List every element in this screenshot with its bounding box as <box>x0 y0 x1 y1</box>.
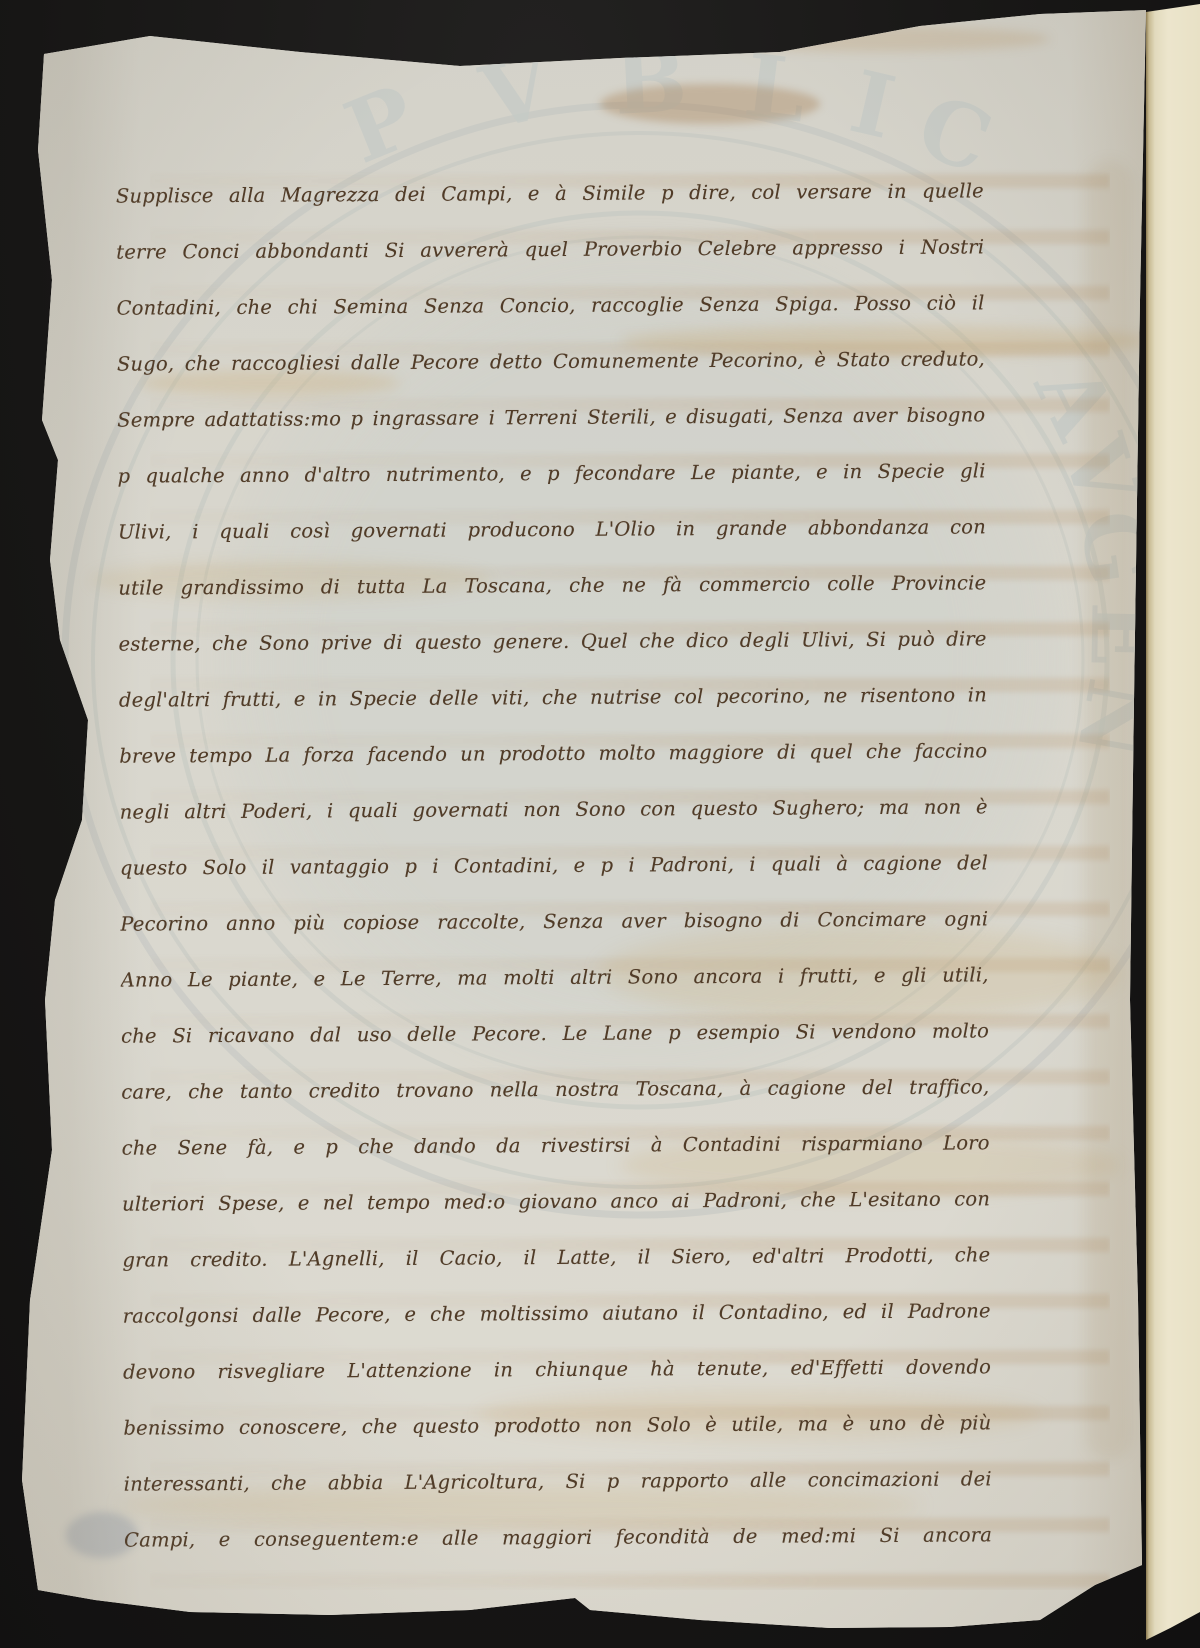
page-vignette <box>0 0 1200 1648</box>
adjacent-page-edge <box>1146 0 1200 1648</box>
scan-background: P V B L I C A V G E N Supplisce alla Mag… <box>0 0 1200 1648</box>
manuscript-page: P V B L I C A V G E N Supplisce alla Mag… <box>0 0 1200 1648</box>
